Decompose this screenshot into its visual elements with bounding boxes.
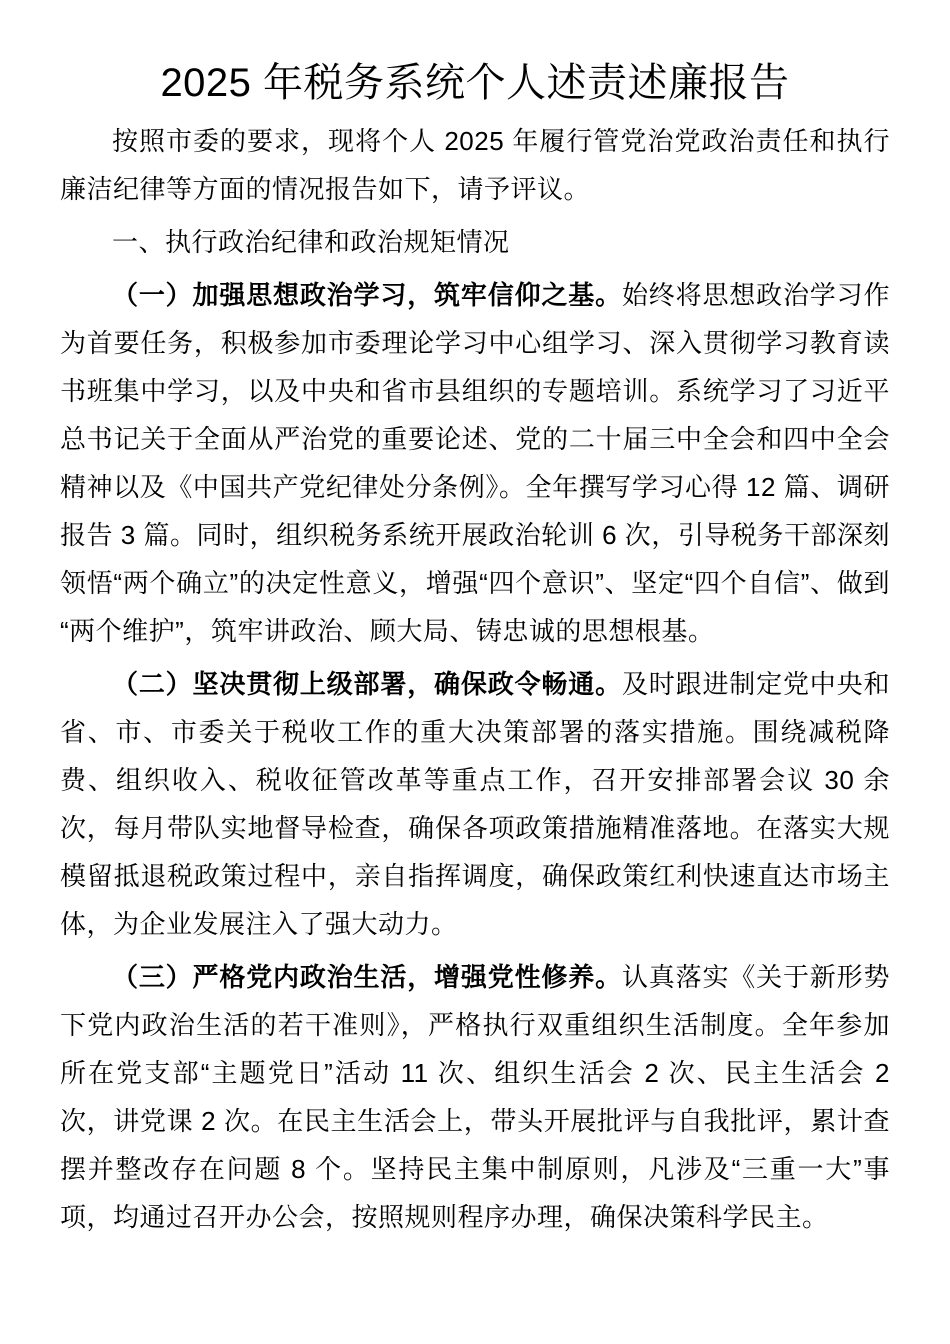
paragraph-2-body: 及时跟进制定党中央和省、市、市委关于税收工作的重大决策部署的落实措施。围绕减税降… [60, 669, 890, 939]
document-title: 2025 年税务系统个人述责述廉报告 [60, 58, 890, 108]
document-page: 2025 年税务系统个人述责述廉报告 按照市委的要求，现将个人 2025 年履行… [0, 0, 950, 1344]
paragraph-3-body: 认真落实《关于新形势下党内政治生活的若干准则》，严格执行双重组织生活制度。全年参… [60, 962, 890, 1232]
paragraph-2: （二）坚决贯彻上级部署，确保政令畅通。及时跟进制定党中央和省、市、市委关于税收工… [60, 660, 890, 948]
paragraph-1-body: 始终将思想政治学习作为首要任务，积极参加市委理论学习中心组学习、深入贯彻学习教育… [60, 280, 890, 646]
paragraph-3: （三）严格党内政治生活，增强党性修养。认真落实《关于新形势下党内政治生活的若干准… [60, 953, 890, 1241]
paragraph-2-lead: （二）坚决贯彻上级部署，确保政令畅通。 [112, 669, 622, 699]
paragraph-1-lead: （一）加强思想政治学习，筑牢信仰之基。 [112, 280, 622, 310]
intro-paragraph: 按照市委的要求，现将个人 2025 年履行管党治党政治责任和执行廉洁纪律等方面的… [60, 117, 890, 213]
paragraph-3-lead: （三）严格党内政治生活，增强党性修养。 [112, 962, 622, 992]
paragraph-1: （一）加强思想政治学习，筑牢信仰之基。始终将思想政治学习作为首要任务，积极参加市… [60, 271, 890, 655]
section-heading-1: 一、执行政治纪律和政治规矩情况 [60, 218, 890, 266]
